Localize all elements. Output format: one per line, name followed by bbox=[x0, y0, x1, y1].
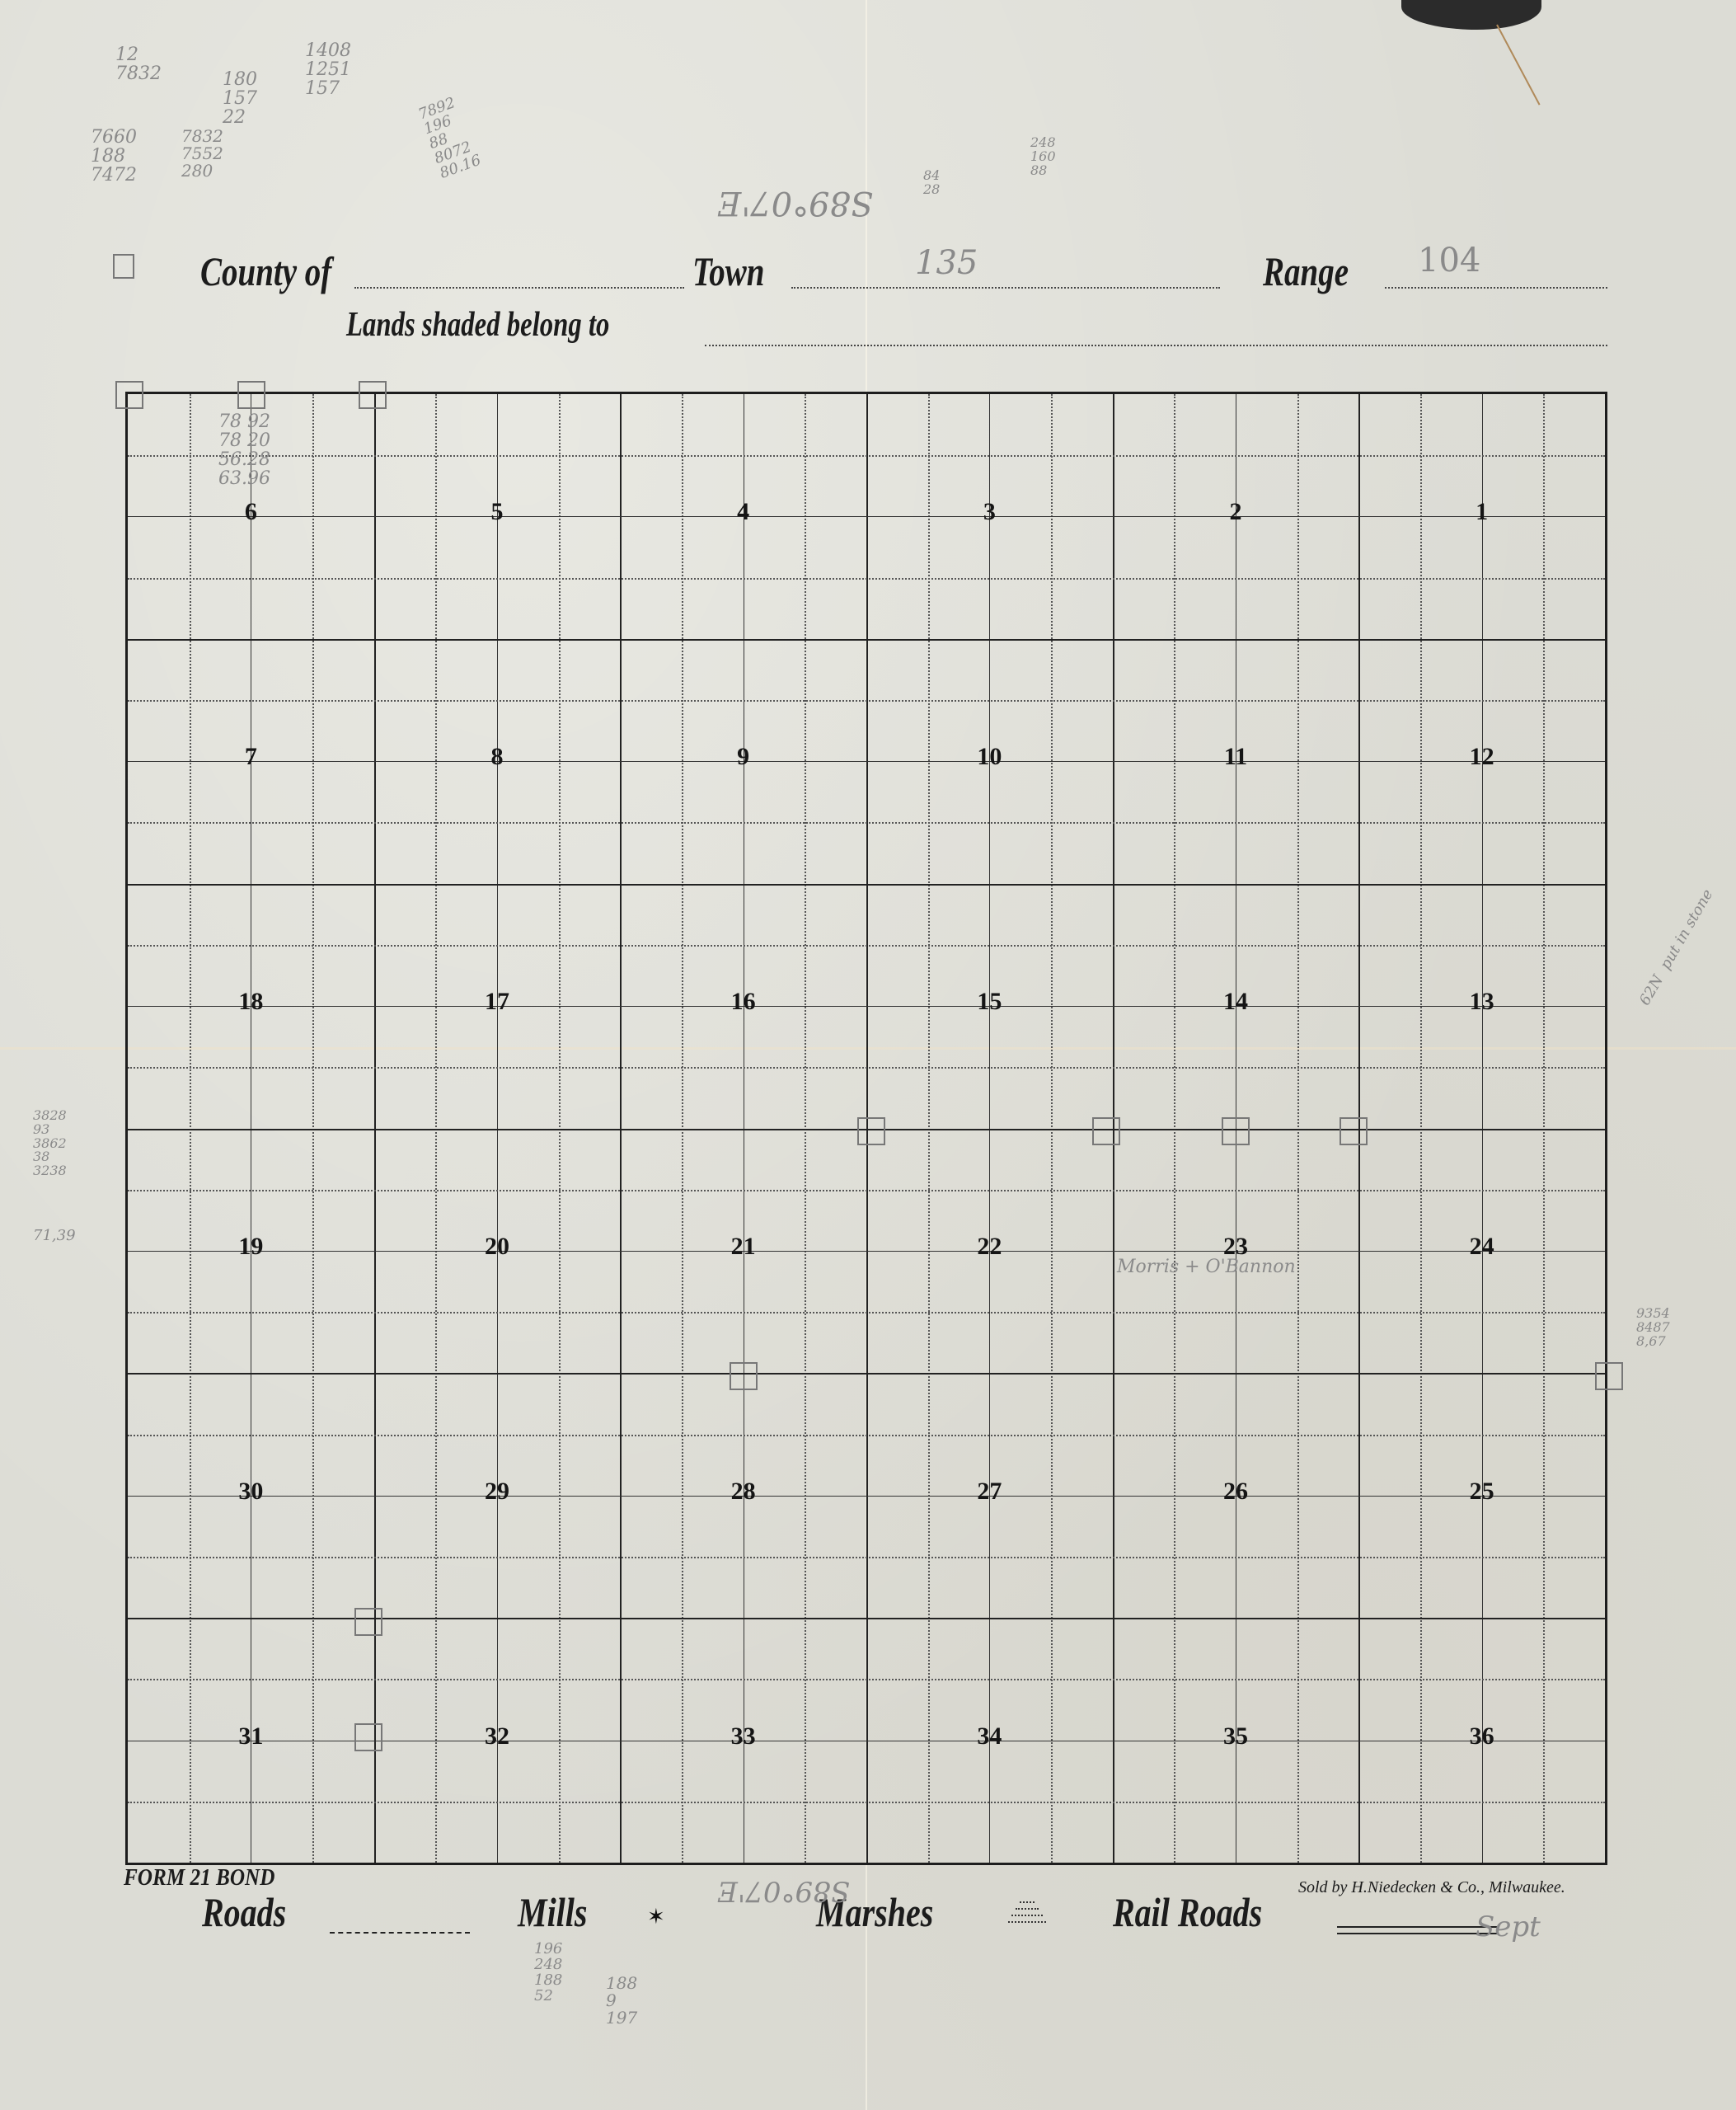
section-number-14[interactable]: 14 bbox=[1203, 988, 1269, 1021]
section-number-27[interactable]: 27 bbox=[956, 1478, 1022, 1511]
county-label: County of bbox=[200, 247, 331, 295]
section-number-13[interactable]: 13 bbox=[1449, 988, 1515, 1021]
quarter-section-line bbox=[128, 1190, 1605, 1191]
section-number-31[interactable]: 31 bbox=[218, 1722, 284, 1755]
legend-mills: Mills bbox=[518, 1888, 587, 1936]
pencil-date-note: Sept bbox=[1476, 1913, 1541, 1943]
quarter-section-line bbox=[128, 578, 1605, 580]
pencil-calc: 84 28 bbox=[923, 169, 940, 197]
pencil-bearing-note: S89°07'E bbox=[717, 186, 873, 220]
section-number-25[interactable]: 25 bbox=[1449, 1478, 1515, 1511]
section-number-19[interactable]: 19 bbox=[218, 1233, 284, 1266]
section-number-34[interactable]: 34 bbox=[956, 1722, 1022, 1755]
marsh-hatch-icon bbox=[1007, 1899, 1047, 1932]
section-number-24[interactable]: 24 bbox=[1449, 1233, 1515, 1266]
railroad-symbol bbox=[1337, 1926, 1498, 1934]
legend-roads: Roads bbox=[202, 1888, 286, 1936]
section-number-9[interactable]: 9 bbox=[711, 743, 777, 776]
section-number-7[interactable]: 7 bbox=[218, 743, 284, 776]
section-number-26[interactable]: 26 bbox=[1203, 1478, 1269, 1511]
half-section-line bbox=[128, 1006, 1605, 1007]
section-number-11[interactable]: 11 bbox=[1203, 743, 1269, 776]
section-number-2[interactable]: 2 bbox=[1203, 498, 1269, 531]
pencil-calc: 1408 1251 157 bbox=[305, 41, 351, 98]
quarter-section-line bbox=[128, 455, 1605, 457]
corner-marker bbox=[354, 1723, 382, 1751]
range-field[interactable] bbox=[1385, 287, 1607, 289]
town-field[interactable] bbox=[791, 287, 1220, 289]
section-line bbox=[128, 639, 1605, 641]
corner-marker bbox=[1340, 1117, 1368, 1145]
section-number-6[interactable]: 6 bbox=[218, 498, 284, 531]
pencil-owner-note: Morris + O'Bannon bbox=[1117, 1257, 1296, 1276]
quarter-section-line bbox=[128, 1679, 1605, 1680]
corner-marker bbox=[857, 1117, 885, 1145]
pencil-section-6-notes: 78 92 78 20 56.28 63.96 bbox=[218, 412, 270, 488]
pencil-calc: 7832 7552 280 bbox=[181, 128, 223, 180]
section-number-29[interactable]: 29 bbox=[464, 1478, 530, 1511]
pencil-calc: 248 160 88 bbox=[1030, 136, 1056, 177]
quarter-section-line bbox=[128, 700, 1605, 702]
section-line bbox=[128, 884, 1605, 886]
section-number-1[interactable]: 1 bbox=[1449, 498, 1515, 531]
town-label: Town bbox=[692, 247, 764, 295]
quarter-section-line bbox=[128, 1312, 1605, 1313]
section-number-15[interactable]: 15 bbox=[956, 988, 1022, 1021]
road-symbol bbox=[330, 1932, 470, 1934]
half-section-line bbox=[128, 1251, 1605, 1252]
quarter-section-line bbox=[128, 822, 1605, 824]
section-number-30[interactable]: 30 bbox=[218, 1478, 284, 1511]
quarter-section-line bbox=[128, 1435, 1605, 1436]
section-number-20[interactable]: 20 bbox=[464, 1233, 530, 1266]
pencil-bearing-note: S89°07'E bbox=[717, 1876, 850, 1906]
quarter-section-line bbox=[128, 1067, 1605, 1069]
pencil-calc: 7660 188 7472 bbox=[91, 128, 137, 185]
pencil-calc: 9354 8487 8,67 bbox=[1636, 1307, 1670, 1348]
county-field[interactable] bbox=[354, 287, 684, 289]
pencil-calc: 196 248 188 52 bbox=[534, 1942, 562, 2004]
checkbox-mark bbox=[113, 254, 134, 279]
section-number-28[interactable]: 28 bbox=[711, 1478, 777, 1511]
section-number-33[interactable]: 33 bbox=[711, 1722, 777, 1755]
quarter-section-line bbox=[128, 1557, 1605, 1558]
town-value: 135 bbox=[915, 246, 978, 280]
lands-shaded-label: Lands shaded belong to bbox=[346, 305, 609, 345]
half-section-line bbox=[128, 1496, 1605, 1497]
quarter-section-line bbox=[128, 1802, 1605, 1803]
half-section-line bbox=[128, 1741, 1605, 1741]
range-value: 104 bbox=[1418, 243, 1480, 278]
section-number-17[interactable]: 17 bbox=[464, 988, 530, 1021]
section-number-35[interactable]: 35 bbox=[1203, 1722, 1269, 1755]
pencil-calc: 12 7832 bbox=[115, 45, 162, 83]
half-section-line bbox=[128, 761, 1605, 762]
section-number-32[interactable]: 32 bbox=[464, 1722, 530, 1755]
corner-marker bbox=[354, 1608, 382, 1636]
corner-marker bbox=[1092, 1117, 1120, 1145]
section-number-21[interactable]: 21 bbox=[711, 1233, 777, 1266]
corner-marker bbox=[1222, 1117, 1250, 1145]
section-line bbox=[128, 1618, 1605, 1619]
section-number-36[interactable]: 36 bbox=[1449, 1722, 1515, 1755]
corner-marker bbox=[730, 1362, 758, 1390]
section-number-18[interactable]: 18 bbox=[218, 988, 284, 1021]
section-number-5[interactable]: 5 bbox=[464, 498, 530, 531]
corner-marker bbox=[359, 381, 387, 409]
publisher-credit: Sold by H.Niedecken & Co., Milwaukee. bbox=[1298, 1878, 1565, 1897]
pencil-calc: 188 9 197 bbox=[606, 1975, 637, 2027]
pencil-calc: 71,39 bbox=[33, 1229, 76, 1244]
corner-marker bbox=[115, 381, 143, 409]
pencil-calc: 3828 93 3862 38 3238 bbox=[33, 1109, 67, 1178]
section-number-3[interactable]: 3 bbox=[956, 498, 1022, 531]
quarter-section-line bbox=[128, 945, 1605, 947]
section-number-8[interactable]: 8 bbox=[464, 743, 530, 776]
lands-shaded-field[interactable] bbox=[705, 345, 1607, 346]
section-line bbox=[128, 1373, 1605, 1375]
star-icon: ✶ bbox=[647, 1905, 665, 1929]
legend-railroads: Rail Roads bbox=[1113, 1888, 1262, 1936]
section-number-22[interactable]: 22 bbox=[956, 1233, 1022, 1266]
range-label: Range bbox=[1263, 247, 1349, 295]
pencil-calc: 180 157 22 bbox=[223, 70, 257, 127]
section-number-16[interactable]: 16 bbox=[711, 988, 777, 1021]
section-number-12[interactable]: 12 bbox=[1449, 743, 1515, 776]
half-section-line bbox=[128, 516, 1605, 517]
corner-marker bbox=[1595, 1362, 1623, 1390]
section-number-10[interactable]: 10 bbox=[956, 743, 1022, 776]
section-number-4[interactable]: 4 bbox=[711, 498, 777, 531]
corner-marker bbox=[237, 381, 265, 409]
